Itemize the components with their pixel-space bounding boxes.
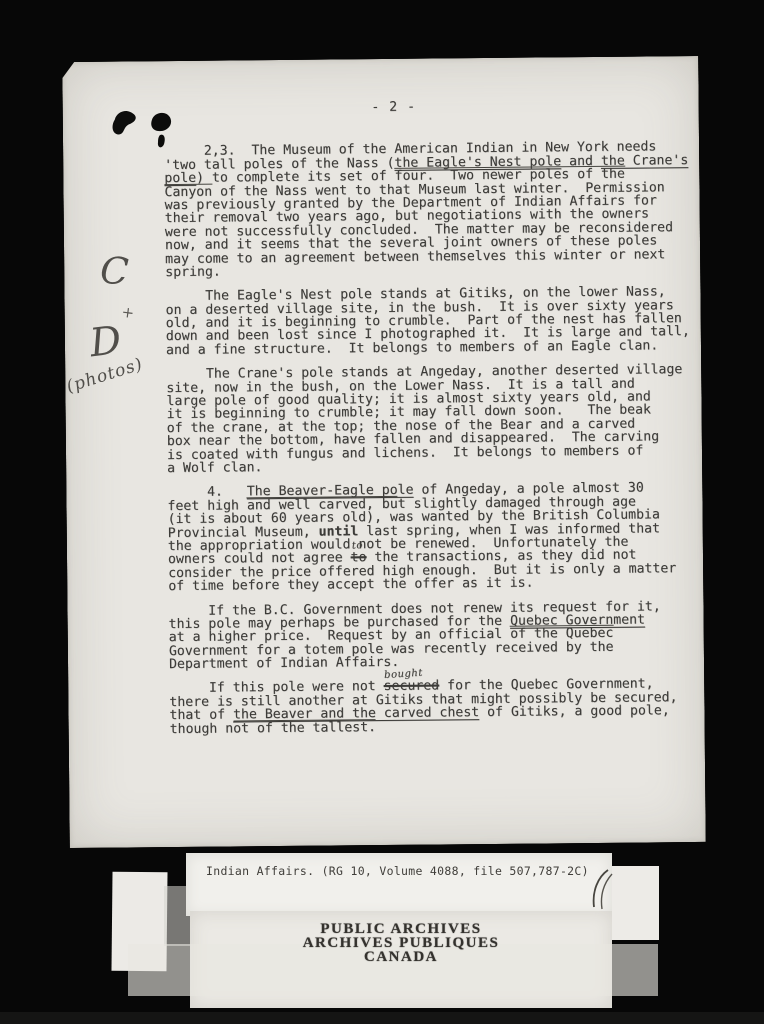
paragraph: The Eagle's Nest pole stands at Gitiks, … <box>165 285 696 357</box>
scan-edge-bar <box>0 1012 764 1024</box>
paragraph: 2,3. The Museum of the American Indian i… <box>164 140 695 279</box>
paragraph: 4. The Beaver-Eagle pole of Angeday, a p… <box>167 481 698 593</box>
pen-scribble-mark <box>589 867 615 913</box>
paragraph: If the B.C. Government does not renew it… <box>168 600 699 672</box>
typed-line: of time before they accept the offer as … <box>168 575 698 593</box>
margin-note-c: C <box>99 249 130 294</box>
handwritten-correction: toto <box>351 551 367 566</box>
archive-reference-label: Indian Affairs. (RG 10, Volume 4088, fil… <box>206 864 589 878</box>
archival-scan: { "page_number": "- 2 -", "document": { … <box>0 0 764 1024</box>
paragraph: The Crane's pole stands at Angeday, anot… <box>166 363 697 475</box>
typed-text: - 2 - 2,3. The Museum of the American In… <box>164 98 700 736</box>
handwritten-correction: boughtsecured <box>384 679 440 695</box>
document-page: C + D (photos) - 2 - 2,3. The Museum of … <box>62 56 706 848</box>
typed-line: and a fine structure. It belongs to memb… <box>166 339 696 357</box>
paragraph: If this pole were not boughtsecured for … <box>169 677 699 736</box>
public-archives-stamp: PUBLIC ARCHIVES ARCHIVES PUBLIQUES CANAD… <box>190 923 612 964</box>
archive-reference-card: Indian Affairs. (RG 10, Volume 4088, fil… <box>186 853 612 916</box>
margin-note-d: D <box>87 318 123 366</box>
paper-tab-right <box>612 866 659 940</box>
stamp-line-3: CANADA <box>190 951 612 965</box>
margin-note-and: + <box>121 303 136 322</box>
page-number: - 2 - <box>164 99 624 117</box>
